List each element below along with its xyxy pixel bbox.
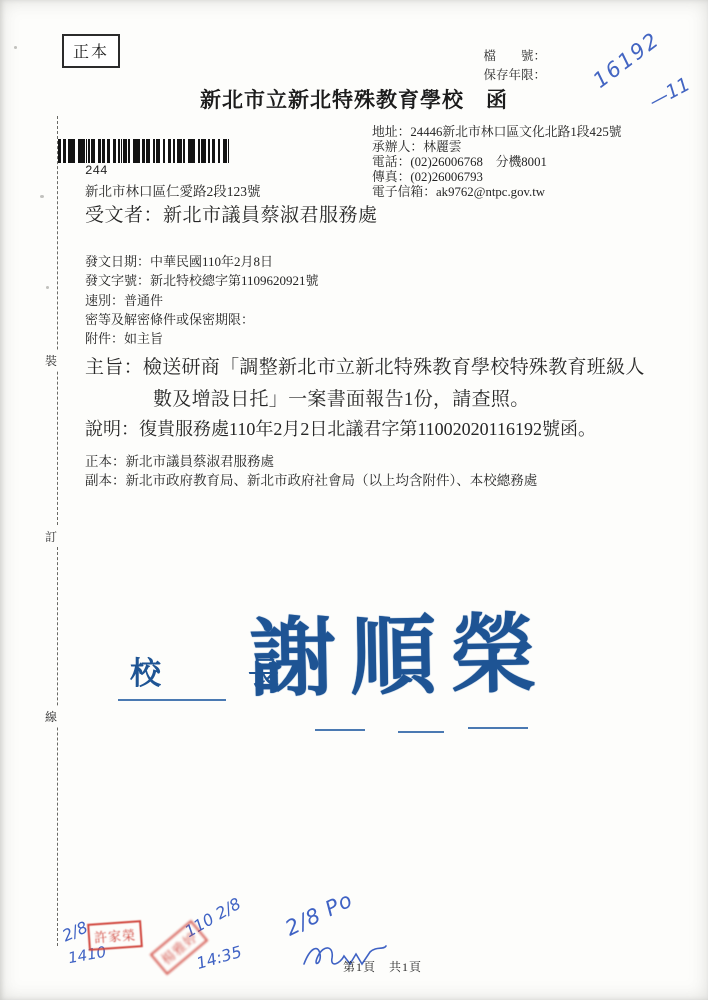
mailing-barcode [58, 139, 229, 163]
sender-phone: 電話：(02)26006768 分機8001 [372, 155, 682, 170]
explanation-line: 說明：復貴服務處110年2月2日北議君字第11002020116192號函。 [85, 415, 596, 441]
handwritten-date-1: 2/8 [59, 918, 90, 946]
handwritten-initials: 2/8 Po [281, 887, 356, 940]
retention-period-label: 保存年限： [430, 66, 546, 85]
file-number-label: 檔 號： [430, 47, 546, 66]
recipient-line: 受文者：新北市議員蔡淑君服務處 [85, 200, 378, 227]
stamp-baseline-artifact [315, 729, 365, 731]
binding-marker-zhuang: 裝 [43, 350, 59, 371]
priority-line: 速別：普通件 [85, 291, 319, 310]
original-recipient-line: 正本：新北市議員蔡淑君服務處 [85, 450, 274, 470]
sender-email: 電子信箱：ak9762@ntpc.gov.tw [372, 185, 682, 200]
sender-contact-block: 地址：24446新北市林口區文化北路1段425號 承辦人：林麗雲 電話：(02)… [372, 125, 682, 200]
file-number-block: 檔 號： 保存年限： [430, 47, 546, 85]
document-meta-block: 發文日期：中華民國110年2月8日 發文字號：新北特校總字第1109620921… [85, 252, 319, 348]
scan-speck [46, 286, 49, 289]
principal-name-stamp: 謝順榮 [249, 601, 551, 714]
scan-speck [14, 46, 17, 49]
scan-speck [40, 195, 44, 198]
stamp-baseline-artifact [398, 731, 444, 733]
recipient-postal-code: 244 [85, 164, 108, 178]
binding-marker-xian: 線 [43, 706, 59, 727]
binding-marker-ding: 訂 [43, 526, 59, 547]
stamp-baseline-artifact [118, 699, 226, 701]
issue-number-line: 發文字號：新北特校總字第1109620921號 [85, 271, 319, 290]
attachment-line: 附件：如主旨 [85, 329, 319, 348]
handwritten-time-2: 14:35 [194, 942, 244, 973]
classification-line: 密等及解密條件或保密期限： [85, 310, 319, 329]
sender-contact-person: 承辦人：林麗雲 [372, 140, 682, 155]
red-name-stamp-1: 許家榮 [87, 920, 143, 951]
page-number-footer: 第1頁 共1頁 [343, 958, 422, 975]
copy-recipient-line: 副本：新北市政府教育局、新北市政府社會局（以上均含附件）、本校總務處 [85, 469, 537, 489]
stamp-baseline-artifact [468, 727, 528, 729]
handwritten-file-number: 16192 [589, 27, 665, 92]
subject-line-2: 數及增設日托」一案書面報告1份，請查照。 [153, 384, 530, 411]
copy-type-stamp: 正本 [62, 34, 120, 68]
recipient-address: 新北市林口區仁愛路2段123號 [85, 180, 261, 200]
scanned-official-letter: 正本 檔 號： 保存年限： 新北市立新北特殊教育學校 函 16192 —11 地… [0, 0, 708, 1000]
subject-line-1: 主旨：檢送研商「調整新北市立新北特殊教育學校特殊教育班級人 [85, 352, 645, 379]
sender-fax: 傳真：(02)26006793 [372, 170, 682, 185]
sender-address: 地址：24446新北市林口區文化北路1段425號 [372, 125, 682, 140]
issue-date-line: 發文日期：中華民國110年2月8日 [85, 252, 319, 271]
